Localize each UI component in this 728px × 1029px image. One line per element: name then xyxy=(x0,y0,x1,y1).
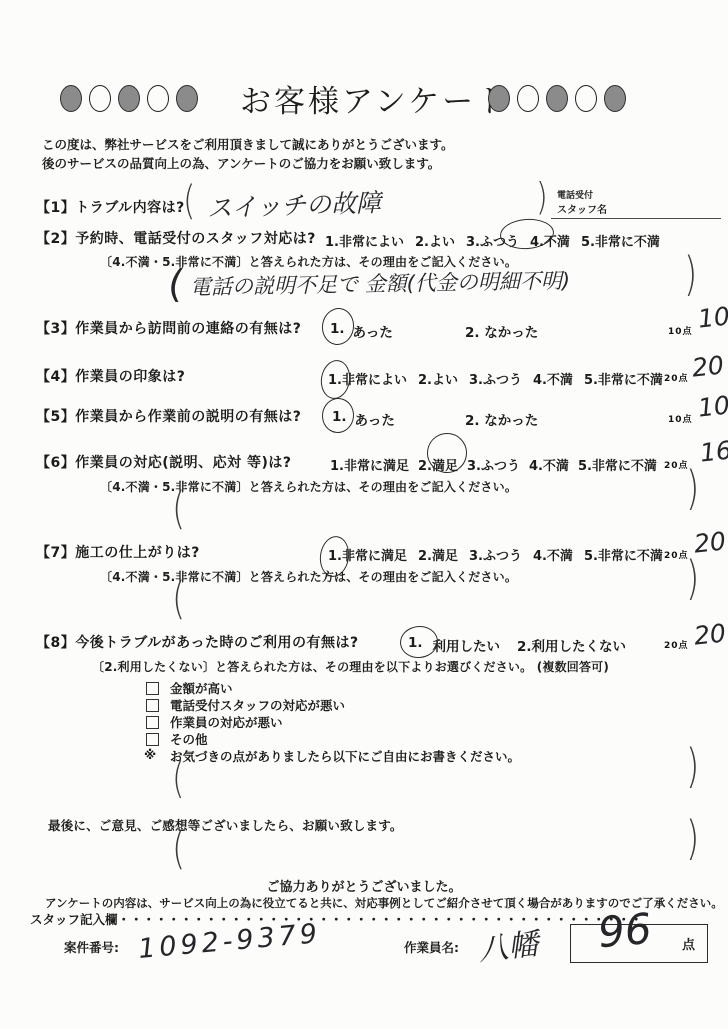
q2-options: 1.非常によい 2.よい 3.ふつう 4.不満 5.非常に不満 xyxy=(325,231,660,250)
q7-option: 3.ふつう xyxy=(469,545,522,564)
selection-circle-q4 xyxy=(318,358,353,401)
page-title: お客様アンケート xyxy=(240,76,510,121)
q4-handwritten-score: 20 xyxy=(691,350,726,382)
q7-label: 【7】施工の仕上がりは? xyxy=(36,542,200,562)
q8-points-label: 20点 xyxy=(664,638,689,651)
q6-option: 4.不満 xyxy=(529,455,569,474)
q2-reason-close-bracket: ) xyxy=(684,252,697,298)
q8-free-open-bracket: ( xyxy=(172,757,184,799)
q3-option-1-text: あった xyxy=(353,321,393,341)
q4-option: 5.非常に不満 xyxy=(584,369,663,388)
decorative-circle-icon xyxy=(118,85,140,112)
checkbox-other xyxy=(146,733,159,746)
q4-option: 3.ふつう xyxy=(469,369,522,388)
q3-points-label: 10点 xyxy=(668,324,693,337)
q7-option: 2.満足 xyxy=(418,545,458,564)
q2-reason-open-paren: ( xyxy=(166,262,184,307)
checkbox-worker-bad xyxy=(146,716,159,729)
q7-options: 1.非常に満足 2.満足 3.ふつう 4.不満 5.非常に不満 xyxy=(328,545,663,564)
q4-points-label: 20点 xyxy=(664,371,689,384)
q8-option-1-text: 利用したい xyxy=(433,635,501,655)
decorative-circle-icon xyxy=(89,85,111,112)
q5-option-1-text: あった xyxy=(355,409,395,429)
q2-option: 1.非常によい xyxy=(325,231,404,250)
case-number-label: 案件番号: xyxy=(64,938,119,956)
survey-form-scan: お客様アンケート この度は、弊社サービスをご利用頂きまして誠にありがとうございま… xyxy=(0,0,728,1029)
q6-label: 【6】作業員の対応(説明、応対 等)は? xyxy=(36,452,292,472)
q8-free-close-bracket: ) xyxy=(686,744,699,790)
checkbox-label: 作業員の対応が悪い xyxy=(170,713,283,731)
final-close-bracket: ) xyxy=(686,816,699,862)
thanks-text: ご協力ありがとうございました。 xyxy=(0,876,728,895)
q1-handwritten-answer: スイッチの故障 xyxy=(206,183,381,225)
q5-label: 【5】作業員から作業前の説明の有無は? xyxy=(36,406,301,426)
staff-entry-dots: ・・・・・・・・・・・・・・・・・・・・・・・・・・・・・・・・・・・・・・・・… xyxy=(118,912,643,927)
q6-handwritten-score: 16 xyxy=(699,435,728,467)
q6-points-label: 20点 xyxy=(664,458,689,471)
staff-name-label: スタッフ名 xyxy=(557,201,607,216)
q7-reason-open-bracket: ( xyxy=(172,577,185,621)
q7-option: 4.不満 xyxy=(533,545,573,564)
q2-option: 2.よい xyxy=(415,231,455,250)
free-note-marker: ※ xyxy=(144,747,156,762)
q2-option: 5.非常に不満 xyxy=(581,231,660,250)
worker-name-handwritten: 八幡 xyxy=(476,919,540,969)
q4-label: 【4】作業員の印象は? xyxy=(36,366,185,386)
final-comment-label: 最後に、ご意見、ご感想等ございましたら、お願い致します。 xyxy=(48,816,403,834)
q6-reason-close-bracket: ) xyxy=(686,466,699,512)
score-unit-label: 点 xyxy=(682,934,695,953)
checkbox-price-high xyxy=(146,682,159,695)
checkbox-label: その他 xyxy=(170,730,208,748)
q6-reason-open-bracket: ( xyxy=(172,487,185,531)
intro-line-2: 後のサービスの品質向上の為、アンケートのご協力をお願い致します。 xyxy=(42,155,454,174)
q3-handwritten-score: 10 xyxy=(697,301,728,333)
q1-open-bracket: ( xyxy=(183,180,195,220)
intro-line-1: この度は、弊社サービスをご利用頂きまして誠にありがとうございます。 xyxy=(42,136,454,155)
title-decoration-right xyxy=(488,85,626,112)
q6-option: 3.ふつう xyxy=(467,455,520,474)
q6-options: 1.非常に満足 2.満足 3.ふつう 4.不満 5.非常に不満 xyxy=(330,455,657,474)
q6-option: 1.非常に満足 xyxy=(330,455,409,474)
decorative-circle-icon xyxy=(575,85,597,112)
decorative-circle-icon xyxy=(60,85,82,112)
q3-option-2: 2. なかった xyxy=(465,321,538,341)
q5-handwritten-score: 10 xyxy=(697,390,728,422)
checkbox-label: 電話受付スタッフの対応が悪い xyxy=(170,696,345,714)
staff-entry-row: スタッフ記入欄・・・・・・・・・・・・・・・・・・・・・・・・・・・・・・・・・… xyxy=(30,910,643,928)
intro-text: この度は、弊社サービスをご利用頂きまして誠にありがとうございます。 後のサービス… xyxy=(42,136,454,174)
q6-note: 〔4.不満・5.非常に不満〕と答えられた方は、その理由をご記入ください。 xyxy=(100,478,517,495)
q7-reason-close-bracket: ) xyxy=(686,556,699,602)
q5-points-label: 10点 xyxy=(668,412,693,425)
q4-option: 4.不満 xyxy=(533,369,573,388)
q1-label: 【1】トラブル内容は? xyxy=(36,197,185,217)
staff-entry-label: スタッフ記入欄 xyxy=(30,912,118,927)
q4-option: 2.よい xyxy=(418,369,458,388)
decorative-circle-icon xyxy=(546,85,568,112)
q8-note: 〔2.利用したくない〕と答えられた方は、その理由を以下よりお選びください。 (複… xyxy=(92,658,609,675)
title-decoration-left xyxy=(60,85,198,112)
q8-label: 【8】今後トラブルがあった時のご利用の有無は? xyxy=(36,632,359,652)
checkbox-phone-staff-bad xyxy=(146,699,159,712)
decorative-circle-icon xyxy=(176,85,198,112)
q4-options: 1.非常によい 2.よい 3.ふつう 4.不満 5.非常に不満 xyxy=(328,369,663,388)
phone-reception-label: 電話受付 xyxy=(557,188,593,201)
checkbox-label: 金額が高い xyxy=(170,679,233,697)
q8-option-2: 2.利用したくない xyxy=(517,635,626,655)
q3-label: 【3】作業員から訪問前の連絡の有無は? xyxy=(36,318,301,338)
q6-option: 5.非常に不満 xyxy=(578,455,657,474)
q8-handwritten-score: 20 xyxy=(693,618,728,650)
total-score-handwritten: 96 xyxy=(596,904,654,957)
decorative-circle-icon xyxy=(517,85,539,112)
q5-option-2: 2. なかった xyxy=(465,409,538,429)
q1-close-bracket: ) xyxy=(536,179,548,217)
q7-option: 5.非常に不満 xyxy=(584,545,663,564)
q2-handwritten-reason: 電話の説明不足で 金額(代金の明細不明) xyxy=(190,265,571,302)
decorative-circle-icon xyxy=(488,85,510,112)
q2-label: 【2】予約時、電話受付のスタッフ対応は? xyxy=(36,228,316,248)
staff-name-underline xyxy=(551,218,721,219)
free-note-text: お気づきの点がありましたら以下にご自由にお書きください。 xyxy=(170,747,520,765)
decorative-circle-icon xyxy=(147,85,169,112)
decorative-circle-icon xyxy=(604,85,626,112)
q7-note: 〔4.不満・5.非常に不満〕と答えられた方は、その理由をご記入ください。 xyxy=(100,568,517,585)
worker-name-label: 作業員名: xyxy=(404,938,459,956)
q7-points-label: 20点 xyxy=(664,548,689,561)
final-open-bracket: ( xyxy=(172,827,185,871)
